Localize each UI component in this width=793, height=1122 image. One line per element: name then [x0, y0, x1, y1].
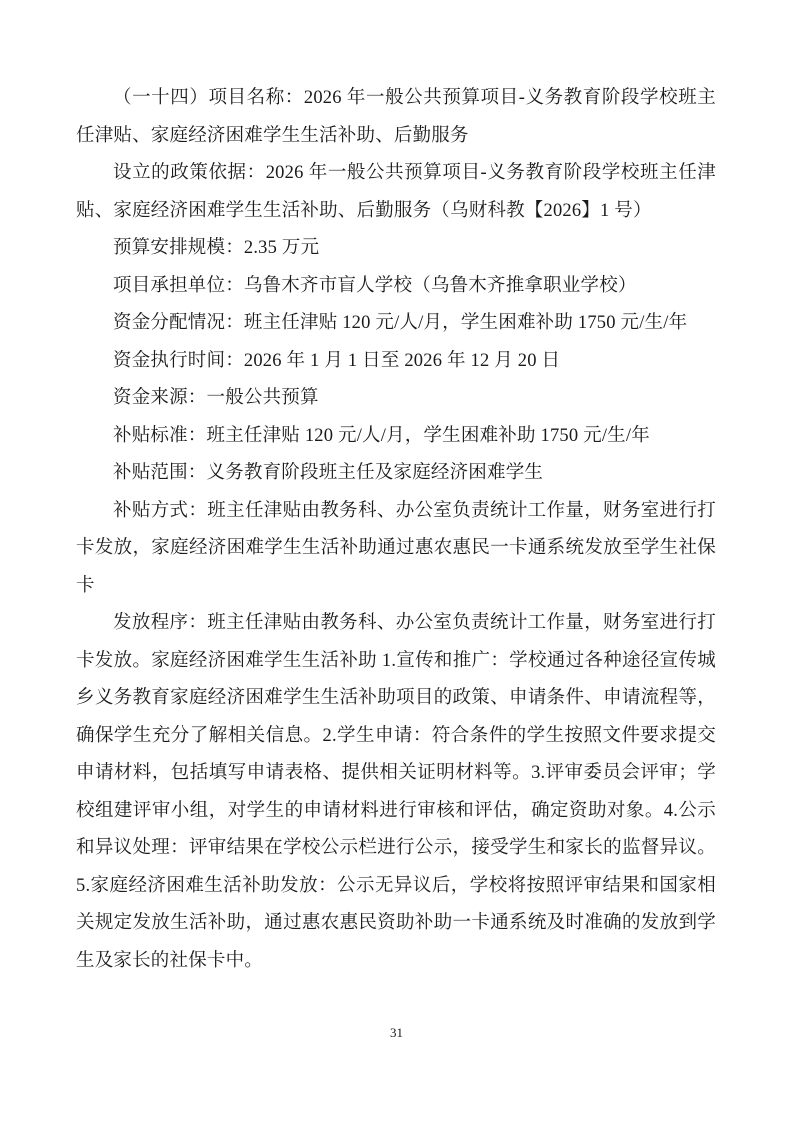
- page-footer: 31: [0, 1024, 793, 1042]
- document-page: （一十四）项目名称：2026 年一般公共预算项目-义务教育阶段学校班主任津贴、家…: [0, 0, 793, 1122]
- paragraph: 补贴范围：义务教育阶段班主任及家庭经济困难学生: [76, 455, 716, 493]
- paragraph: 发放程序：班主任津贴由教务科、办公室负责统计工作量，财务室进行打卡发放。家庭经济…: [76, 605, 716, 980]
- paragraph: 资金来源：一般公共预算: [76, 380, 716, 418]
- page-number: 31: [390, 1025, 403, 1040]
- paragraph: 补贴方式：班主任津贴由教务科、办公室负责统计工作量，财务室进行打卡发放，家庭经济…: [76, 493, 716, 606]
- paragraph: 项目承担单位：乌鲁木齐市盲人学校（乌鲁木齐推拿职业学校）: [76, 268, 716, 306]
- document-body: （一十四）项目名称：2026 年一般公共预算项目-义务教育阶段学校班主任津贴、家…: [76, 80, 716, 980]
- paragraph: 设立的政策依据：2026 年一般公共预算项目-义务教育阶段学校班主任津贴、家庭经…: [76, 155, 716, 230]
- paragraph: （一十四）项目名称：2026 年一般公共预算项目-义务教育阶段学校班主任津贴、家…: [76, 80, 716, 155]
- paragraph: 预算安排规模：2.35 万元: [76, 230, 716, 268]
- paragraph: 资金分配情况：班主任津贴 120 元/人/月，学生困难补助 1750 元/生/年: [76, 305, 716, 343]
- paragraph: 补贴标准：班主任津贴 120 元/人/月，学生困难补助 1750 元/生/年: [76, 418, 716, 456]
- paragraph: 资金执行时间：2026 年 1 月 1 日至 2026 年 12 月 20 日: [76, 343, 716, 381]
